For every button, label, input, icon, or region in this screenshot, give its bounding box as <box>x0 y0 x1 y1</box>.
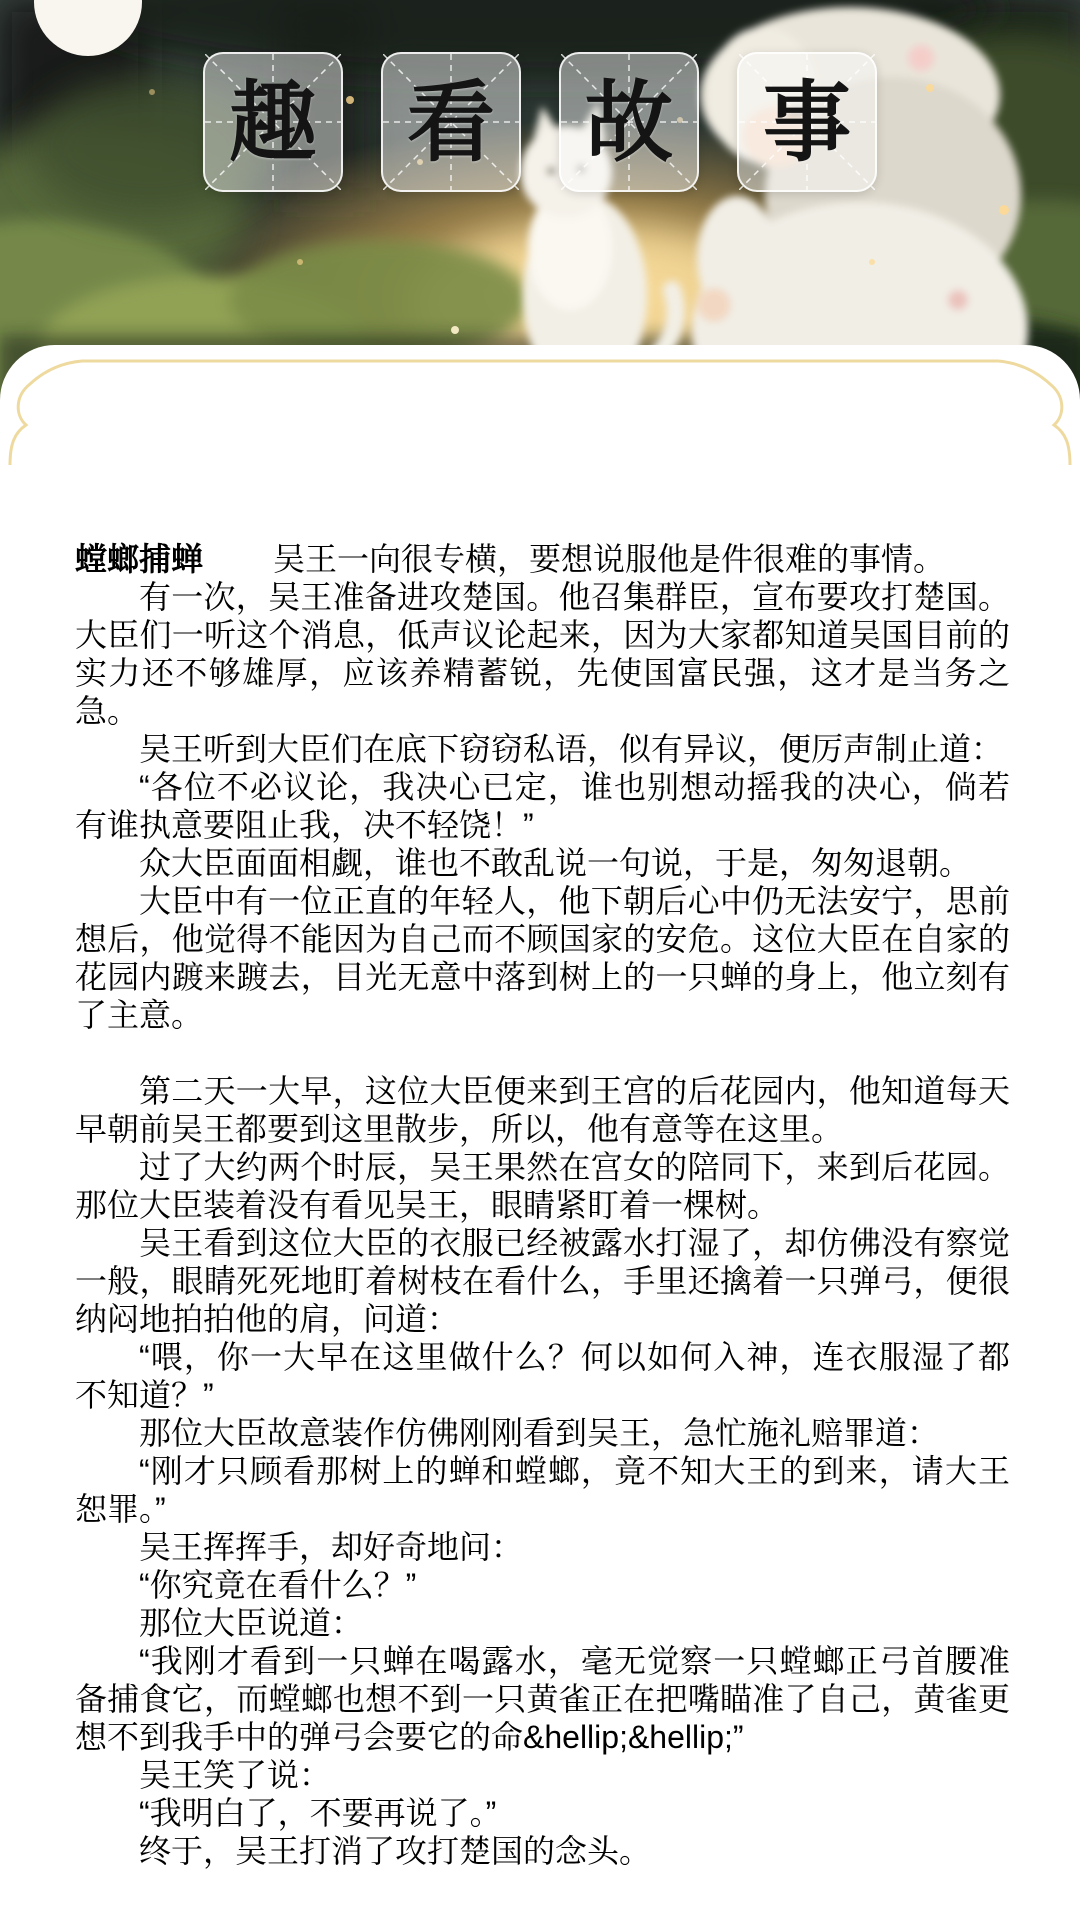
story-paragraph: 众大臣面面相觑，谁也不敢乱说一句说，于是，匆匆退朝。 <box>75 844 1010 882</box>
story-paragraph: 有一次，吴王准备进攻楚国。他召集群臣，宣布要攻打楚国。大臣们一听这个消息，低声议… <box>75 578 1010 730</box>
story-paragraph: 吴王挥挥手，却好奇地问： <box>75 1528 1010 1566</box>
story-first-line: 螳螂捕蝉吴王一向很专横，要想说服他是件很难的事情。 <box>75 540 1010 578</box>
title-char-box-2: 看 <box>381 52 521 192</box>
title-char: 故 <box>585 78 673 166</box>
story-paragraph: 大臣中有一位正直的年轻人，他下朝后心中仍无法安宁，思前想后，他觉得不能因为自己而… <box>75 882 1010 1034</box>
story-paragraph: 吴王看到这位大臣的衣服已经被露水打湿了，却仿佛没有察觉一般，眼睛死死地盯着树枝在… <box>75 1224 1010 1338</box>
title-char-box-4: 事 <box>737 52 877 192</box>
story-paragraph: “喂，你一大早在这里做什么？何以如何入神，连衣服湿了都不知道？” <box>75 1338 1010 1414</box>
story-paragraph: “刚才只顾看那树上的蝉和螳螂，竟不知大王的到来，请大王恕罪。” <box>75 1452 1010 1528</box>
story-paragraph: “你究竟在看什么？” <box>75 1566 1010 1604</box>
story-paragraph: 第二天一大早，这位大臣便来到王宫的后花园内，他知道每天早朝前吴王都要到这里散步，… <box>75 1072 1010 1148</box>
story-blank-line <box>75 1034 1010 1072</box>
story-paragraph: 那位大臣故意装作仿佛刚刚看到吴王，急忙施礼赔罪道： <box>75 1414 1010 1452</box>
story-paragraph: 吴王听到大臣们在底下窃窃私语，似有异议，便厉声制止道： <box>75 730 1010 768</box>
story-paragraph: 吴王笑了说： <box>75 1756 1010 1794</box>
story-paragraph: 那位大臣说道： <box>75 1604 1010 1642</box>
story-paragraph: “我刚才看到一只蝉在喝露水，毫无觉察一只螳螂正弓首腰准备捕食它，而螳螂也想不到一… <box>75 1642 1010 1756</box>
story-paragraph: 过了大约两个时辰，吴王果然在宫女的陪同下，来到后花园。那位大臣装着没有看见吴王，… <box>75 1148 1010 1224</box>
title-char: 看 <box>407 78 495 166</box>
story-opening: 吴王一向很专横，要想说服他是件很难的事情。 <box>273 541 945 577</box>
story-title: 螳螂捕蝉 <box>75 541 203 577</box>
story-paragraph: “各位不必议论，我决心已定，谁也别想动摇我的决心，倘若有谁执意要阻止我，决不轻饶… <box>75 768 1010 844</box>
title-char-box-3: 故 <box>559 52 699 192</box>
site-title: 趣 看 故 <box>0 52 1080 192</box>
title-char: 事 <box>763 78 851 166</box>
content-card: 螳螂捕蝉吴王一向很专横，要想说服他是件很难的事情。 有一次，吴王准备进攻楚国。他… <box>0 345 1080 1920</box>
story-content: 螳螂捕蝉吴王一向很专横，要想说服他是件很难的事情。 有一次，吴王准备进攻楚国。他… <box>0 345 1080 1870</box>
story-paragraph: 终于，吴王打消了攻打楚国的念头。 <box>75 1832 1010 1870</box>
title-char-box-1: 趣 <box>203 52 343 192</box>
title-char: 趣 <box>229 78 317 166</box>
story-paragraph: “我明白了，不要再说了。” <box>75 1794 1010 1832</box>
